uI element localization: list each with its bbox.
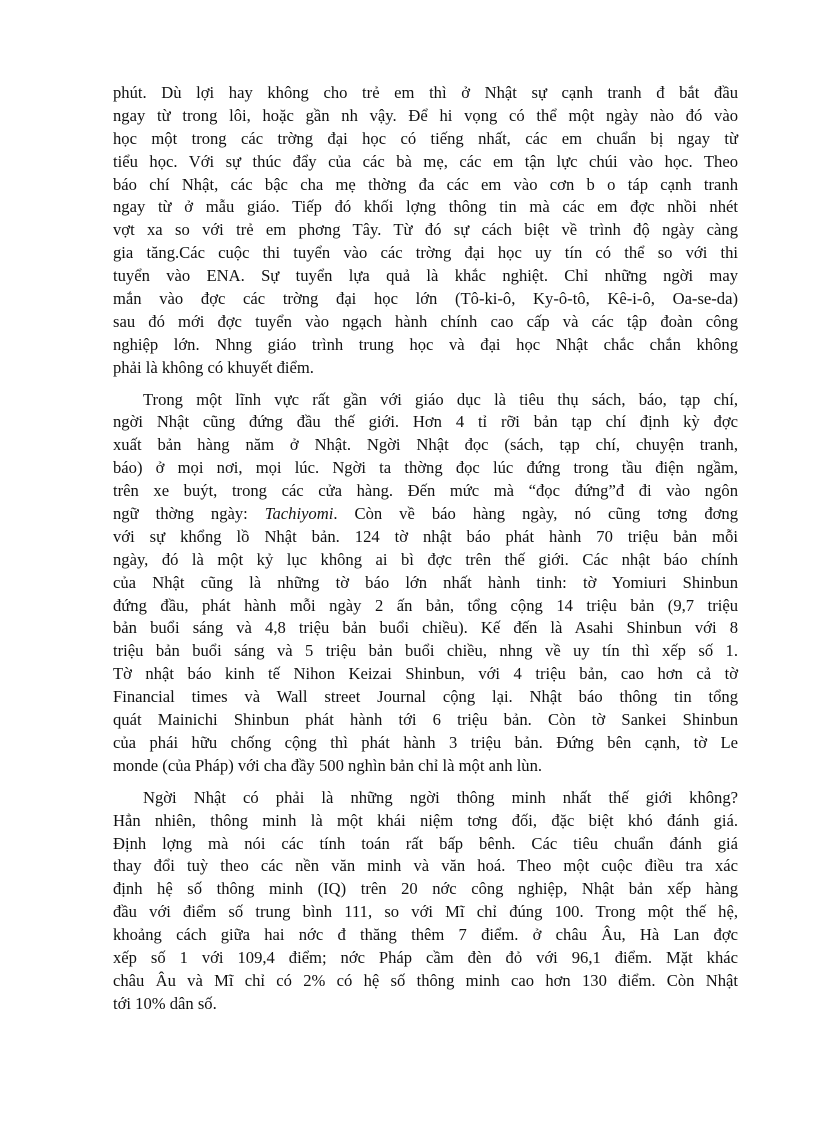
text-line: gia tăng.Các cuộc thi tuyển vào các trờn… (113, 242, 738, 265)
text-line: đứng đầu, phát hành mỗi ngày 2 ấn bản, t… (113, 595, 738, 618)
text-line: Trong một lĩnh vực rất gần với giáo dục … (113, 389, 738, 412)
text-line: đầu với điểm số trung bình 111, so với M… (113, 901, 738, 924)
text-line: vợt xa so với trẻ em phơng Tây. Từ đó sự… (113, 219, 738, 242)
paragraph-gap (113, 778, 738, 787)
paragraph-gap (113, 380, 738, 389)
text-line: châu Âu và Mĩ chỉ có 2% có hệ số thông m… (113, 970, 738, 993)
text-line: monde (của Pháp) với cha đầy 500 nghìn b… (113, 755, 738, 778)
paragraph-3: Ngời Nhật có phải là những ngời thông mi… (113, 787, 738, 1016)
text-line: sau đó mới đợc tuyển vào ngạch hành chín… (113, 311, 738, 334)
text-line: của phái hữu chống cộng thì phát hành 3 … (113, 732, 738, 755)
text-line: tuyển vào ENA. Sự tuyển lựa quả là khắc … (113, 265, 738, 288)
text-line: học một trong các trờng đại học có tiếng… (113, 128, 738, 151)
text-line: phải là không có khuyết điểm. (113, 357, 738, 380)
text-line: của Nhật cũng là những tờ báo lớn nhất h… (113, 572, 738, 595)
text-line: bản buổi sáng và 4,8 triệu bản buổi chiề… (113, 617, 738, 640)
text-line: quát Mainichi Shinbun phát hành tới 6 tr… (113, 709, 738, 732)
text-line: khoảng cách giữa hai nớc đ thăng thêm 7 … (113, 924, 738, 947)
text-line: nghiệp lớn. Nhng giáo trình trung học và… (113, 334, 738, 357)
text-line: Ngời Nhật có phải là những ngời thông mi… (113, 787, 738, 810)
text-line: xuất bản hàng năm ở Nhật. Ngời Nhật đọc … (113, 434, 738, 457)
text-line: xếp số 1 với 109,4 điểm; nớc Pháp cầm đè… (113, 947, 738, 970)
paragraph-1: phút. Dù lợi hay không cho trẻ em thì ở … (113, 82, 738, 380)
text-line: ngời Nhật cũng đứng đầu thế giới. Hơn 4 … (113, 411, 738, 434)
paragraph-2: Trong một lĩnh vực rất gần với giáo dục … (113, 389, 738, 778)
text-line: với sự khổng lồ Nhật bản. 124 tờ nhật bá… (113, 526, 738, 549)
text-line: ngay từ trong lôi, hoặc gần nh vậy. Để h… (113, 105, 738, 128)
text-line: báo chí Nhật, các bậc cha mẹ thờng đa cá… (113, 174, 738, 197)
text-line: tiểu học. Với sự thúc đẩy của các bà mẹ,… (113, 151, 738, 174)
text-line: Hẳn nhiên, thông minh là một khái niệm t… (113, 810, 738, 833)
document-page: phút. Dù lợi hay không cho trẻ em thì ở … (113, 82, 738, 1016)
text-line: báo) ở mọi nơi, mọi lúc. Ngời ta thờng đ… (113, 457, 738, 480)
text-line: mắn vào đợc các trờng đại học lớn (Tô-ki… (113, 288, 738, 311)
text-line: triệu bản buổi sáng và 5 triệu bản buổi … (113, 640, 738, 663)
text-line: Định lợng mà nói các tính toán rất bấp b… (113, 833, 738, 856)
italic-term: Tachiyomi (265, 504, 334, 523)
text-line: ngữ thờng ngày: Tachiyomi. Còn về báo hà… (113, 503, 738, 526)
text-line: Tờ nhật báo kinh tế Nihon Keizai Shinbun… (113, 663, 738, 686)
text-line: thay đổi tuỳ theo các nền văn minh và vă… (113, 855, 738, 878)
text-line: định hệ số thông minh (IQ) trên 20 nớc c… (113, 878, 738, 901)
text-line: ngay từ ở mẫu giáo. Tiếp đó khối lợng th… (113, 196, 738, 219)
text-line: trên xe buýt, trong các cửa hàng. Đến mứ… (113, 480, 738, 503)
text-line: ngày, đó là một kỷ lục không ai bì đợc t… (113, 549, 738, 572)
text-line: phút. Dù lợi hay không cho trẻ em thì ở … (113, 82, 738, 105)
text-line: Financial times và Wall street Journal c… (113, 686, 738, 709)
text-line: tới 10% dân số. (113, 993, 738, 1016)
